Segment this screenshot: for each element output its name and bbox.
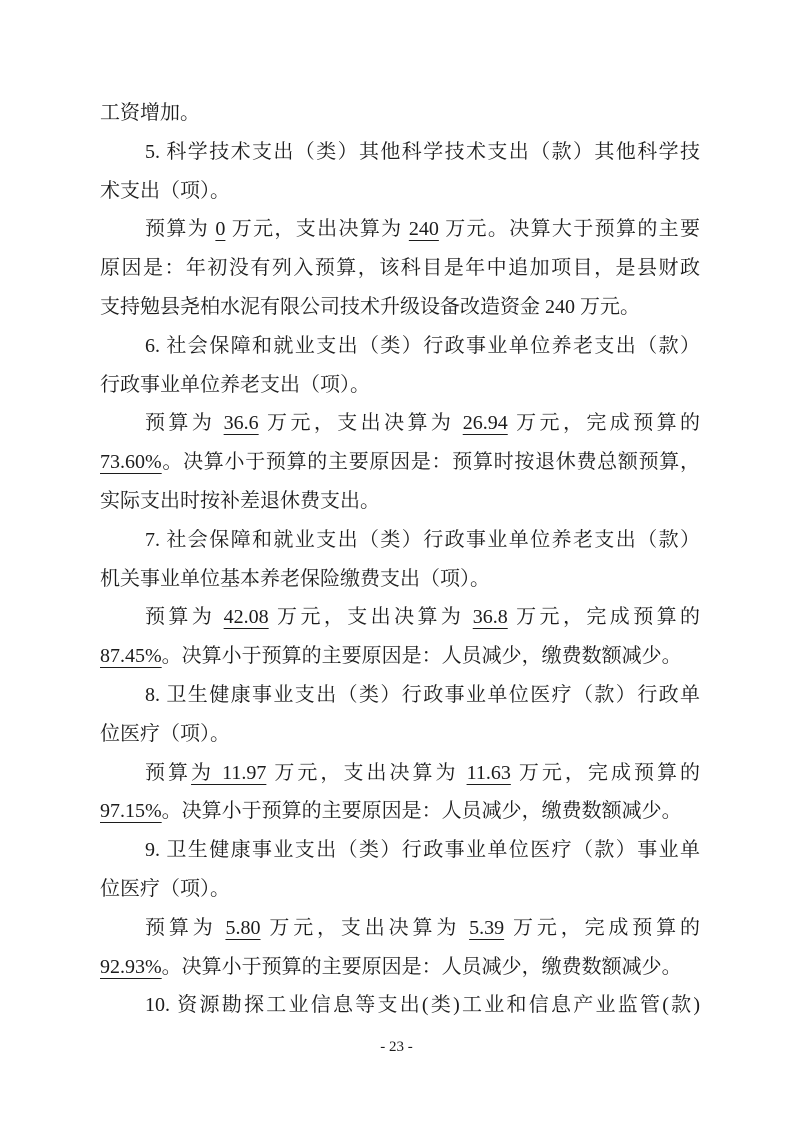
- underlined-value: 36.6: [224, 412, 259, 434]
- text-run: 预算为: [145, 218, 215, 240]
- underlined-value: 36.8: [473, 606, 508, 628]
- document-page: 工资增加。5. 科学技术支出（类）其他科学技术支出（款）其他科学技术支出（项）。…: [0, 0, 793, 1122]
- underlined-value: 87.45%: [100, 645, 162, 667]
- text-line: 10. 资源勘探工业信息等支出(类)工业和信息产业监管(款): [100, 986, 700, 1025]
- underlined-value: 97.15%: [100, 800, 162, 822]
- underlined-value: 240: [409, 218, 439, 240]
- text-run: 原因是：年初没有列入预算，该科目是年中追加项目，是县财政: [100, 257, 700, 279]
- text-line: 位医疗（项）。: [100, 715, 700, 754]
- text-run: 。决算小于预算的主要原因是：预算时按退休费总额预算，: [162, 451, 700, 473]
- text-run: 工资增加。: [100, 102, 200, 124]
- text-line: 支持勉县尧柏水泥有限公司技术升级设备改造资金 240 万元。: [100, 288, 700, 327]
- text-run: 预算为: [145, 606, 224, 628]
- text-run: 7. 社会保障和就业支出（类）行政事业单位养老支出（款）: [145, 529, 700, 551]
- text-run: 万元，支出决算为: [266, 762, 466, 784]
- underlined-value: 42.08: [224, 606, 269, 628]
- underlined-value: 26.94: [463, 412, 508, 434]
- underlined-value: 92.93%: [100, 956, 162, 978]
- text-line: 实际支出时按补差退休费支出。: [100, 482, 700, 521]
- text-run: 万元，支出决算为: [260, 917, 469, 939]
- text-line: 行政事业单位养老支出（项）。: [100, 366, 700, 405]
- text-line: 预算为 11.97 万元，支出决算为 11.63 万元，完成预算的: [100, 754, 700, 793]
- text-line: 9. 卫生健康事业支出（类）行政事业单位医疗（款）事业单: [100, 831, 700, 870]
- text-line: 8. 卫生健康事业支出（类）行政事业单位医疗（款）行政单: [100, 676, 700, 715]
- document-body: 工资增加。5. 科学技术支出（类）其他科学技术支出（款）其他科学技术支出（项）。…: [100, 94, 700, 1025]
- text-run: 万元，完成预算的: [511, 762, 700, 784]
- text-run: 行政事业单位养老支出（项）。: [100, 374, 370, 396]
- text-run: 。决算小于预算的主要原因是：人员减少，缴费数额减少。: [162, 956, 682, 978]
- text-line: 87.45%。决算小于预算的主要原因是：人员减少，缴费数额减少。: [100, 637, 700, 676]
- text-run: 位医疗（项）。: [100, 723, 230, 745]
- text-run: 位医疗（项）。: [100, 878, 230, 900]
- underlined-value: 11.63: [467, 762, 511, 784]
- underlined-value: 5.39: [469, 917, 504, 939]
- text-run: 支持勉县尧柏水泥有限公司技术升级设备改造资金 240 万元。: [100, 296, 640, 318]
- underlined-value: 73.60%: [100, 451, 162, 473]
- text-line: 预算为 0 万元，支出决算为 240 万元。决算大于预算的主要: [100, 210, 700, 249]
- text-run: 术支出（项）。: [100, 180, 230, 202]
- text-run: 预算为: [145, 917, 225, 939]
- text-line: 6. 社会保障和就业支出（类）行政事业单位养老支出（款）: [100, 327, 700, 366]
- text-line: 预算为 42.08 万元，支出决算为 36.8 万元，完成预算的: [100, 598, 700, 637]
- underlined-value: 5.80: [225, 917, 260, 939]
- text-line: 原因是：年初没有列入预算，该科目是年中追加项目，是县财政: [100, 249, 700, 288]
- page-number-footer: - 23 -: [0, 1036, 793, 1058]
- text-line: 工资增加。: [100, 94, 700, 133]
- text-run: 10. 资源勘探工业信息等支出(类)工业和信息产业监管(款): [145, 994, 700, 1016]
- text-line: 机关事业单位基本养老保险缴费支出（项）。: [100, 560, 700, 599]
- text-line: 术支出（项）。: [100, 172, 700, 211]
- text-run: 9. 卫生健康事业支出（类）行政事业单位医疗（款）事业单: [145, 839, 700, 861]
- text-run: 万元，完成预算的: [504, 917, 700, 939]
- text-line: 预算为 5.80 万元，支出决算为 5.39 万元，完成预算的: [100, 909, 700, 948]
- text-line: 5. 科学技术支出（类）其他科学技术支出（款）其他科学技: [100, 133, 700, 172]
- text-run: 预算为: [145, 412, 224, 434]
- text-line: 预算为 36.6 万元，支出决算为 26.94 万元，完成预算的: [100, 404, 700, 443]
- text-run: 万元，支出决算为: [259, 412, 463, 434]
- text-run: 。决算小于预算的主要原因是：人员减少，缴费数额减少。: [162, 800, 682, 822]
- text-run: 6. 社会保障和就业支出（类）行政事业单位养老支出（款）: [145, 335, 700, 357]
- text-run: 实际支出时按补差退休费支出。: [100, 490, 380, 512]
- text-run: 。决算小于预算的主要原因是：人员减少，缴费数额减少。: [162, 645, 682, 667]
- text-run: 预算: [145, 762, 191, 784]
- text-line: 97.15%。决算小于预算的主要原因是：人员减少，缴费数额减少。: [100, 792, 700, 831]
- text-run: 8. 卫生健康事业支出（类）行政事业单位医疗（款）行政单: [145, 684, 700, 706]
- text-run: 机关事业单位基本养老保险缴费支出（项）。: [100, 568, 490, 590]
- text-run: 万元，支出决算为: [225, 218, 408, 240]
- text-run: 万元。决算大于预算的主要: [439, 218, 700, 240]
- text-line: 73.60%。决算小于预算的主要原因是：预算时按退休费总额预算，: [100, 443, 700, 482]
- underlined-value: 为 11.97: [191, 762, 266, 784]
- text-run: 万元，支出决算为: [269, 606, 473, 628]
- text-run: 5. 科学技术支出（类）其他科学技术支出（款）其他科学技: [145, 141, 700, 163]
- text-line: 7. 社会保障和就业支出（类）行政事业单位养老支出（款）: [100, 521, 700, 560]
- text-run: 万元，完成预算的: [508, 412, 700, 434]
- text-run: 万元，完成预算的: [508, 606, 700, 628]
- text-line: 位医疗（项）。: [100, 870, 700, 909]
- text-line: 92.93%。决算小于预算的主要原因是：人员减少，缴费数额减少。: [100, 948, 700, 987]
- underlined-value: 0: [215, 218, 225, 240]
